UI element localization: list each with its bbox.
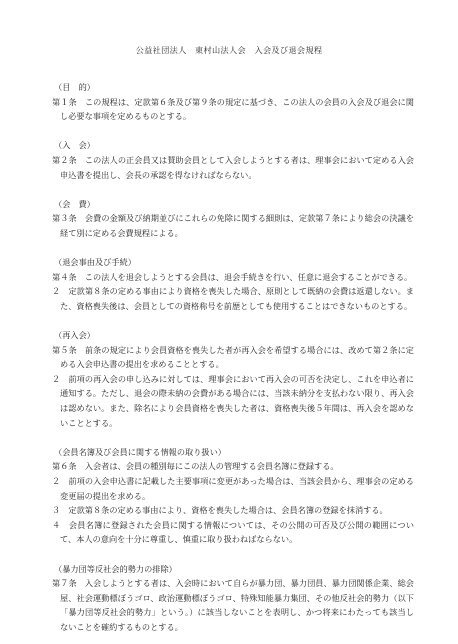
section-heading: （暴力団等反社会的勢力の排除） <box>52 562 414 577</box>
article-6: 第６条 入会者は、会員の種別毎にこの法人の管理する会員名簿に登録する。 <box>52 459 414 474</box>
article-2: 第２条 この法人の正会員又は賛助会員として入会しようとする者は、理事会において定… <box>52 153 414 182</box>
section-heading: （再入会） <box>52 328 414 343</box>
article-3: 第３条 会費の金額及び納期並びにこれらの免除に関する細則は、定款第７条により総会… <box>52 211 414 240</box>
section-readmission: （再入会） 第５条 前条の規定により会員資格を喪失した者が再入会を希望する場合に… <box>52 328 414 430</box>
article-5: 第５条 前条の規定により会員資格を喪失した者が再入会を希望する場合には、改めて第… <box>52 343 414 372</box>
article-6-paragraph-3: ３ 定款第８条の定める事由により、資格を喪失した場合は、会員名簿の登録を抹消する… <box>52 503 414 518</box>
section-purpose: （目 的） 第１条 この規程は、定款第６条及び第９条の規定に基づき、この法人の会… <box>52 80 414 124</box>
article-4-paragraph-2: ２ 定款第８条の定める事由により資格を喪失した場合、原則として既納の会費は返還し… <box>52 284 414 313</box>
section-heading: （会 費） <box>52 197 414 212</box>
section-withdrawal: （退会事由及び手続） 第４条 この法人を退会しようとする会員は、退会手続きを行い… <box>52 255 414 313</box>
section-heading: （目 的） <box>52 80 414 95</box>
section-member-registry: （会員名簿及び会員に関する情報の取り扱い） 第６条 入会者は、会員の種別毎にこの… <box>52 445 414 547</box>
article-4: 第４条 この法人を退会しようとする会員は、退会手続きを行い、任意に退会することが… <box>52 270 414 285</box>
section-fees: （会 費） 第３条 会費の金額及び納期並びにこれらの免除に関する細則は、定款第７… <box>52 197 414 241</box>
article-6-paragraph-2: ２ 前項の入会申込書に記載した主要事項に変更があった場合は、当該会員から、理事会… <box>52 474 414 503</box>
section-heading: （会員名簿及び会員に関する情報の取り扱い） <box>52 445 414 460</box>
document-title: 公益社団法人 東村山法人会 入会及び退会規程 <box>0 45 458 56</box>
section-heading: （入 会） <box>52 138 414 153</box>
article-5-paragraph-2: ２ 前項の再入会の申し込みに対しては、理事会において再入会の可否を決定し、これを… <box>52 372 414 430</box>
section-heading: （退会事由及び手続） <box>52 255 414 270</box>
article-6-paragraph-4: ４ 会員名簿に登録された会員に関する情報については、その公開の可否及び公開の範囲… <box>52 518 414 547</box>
article-1: 第１条 この規程は、定款第６条及び第９条の規定に基づき、この法人の会員の入会及び… <box>52 95 414 124</box>
article-7: 第７条 入会しようとする者は、入会時において自らが暴力団、暴力団員、暴力団関係企… <box>52 576 414 634</box>
document-body: （目 的） 第１条 この規程は、定款第６条及び第９条の規定に基づき、この法人の会… <box>52 80 414 644</box>
document-page: 公益社団法人 東村山法人会 入会及び退会規程 （目 的） 第１条 この規程は、定… <box>0 0 458 644</box>
section-antisocial-exclusion: （暴力団等反社会的勢力の排除） 第７条 入会しようとする者は、入会時において自ら… <box>52 562 414 635</box>
section-admission: （入 会） 第２条 この法人の正会員又は賛助会員として入会しようとする者は、理事… <box>52 138 414 182</box>
